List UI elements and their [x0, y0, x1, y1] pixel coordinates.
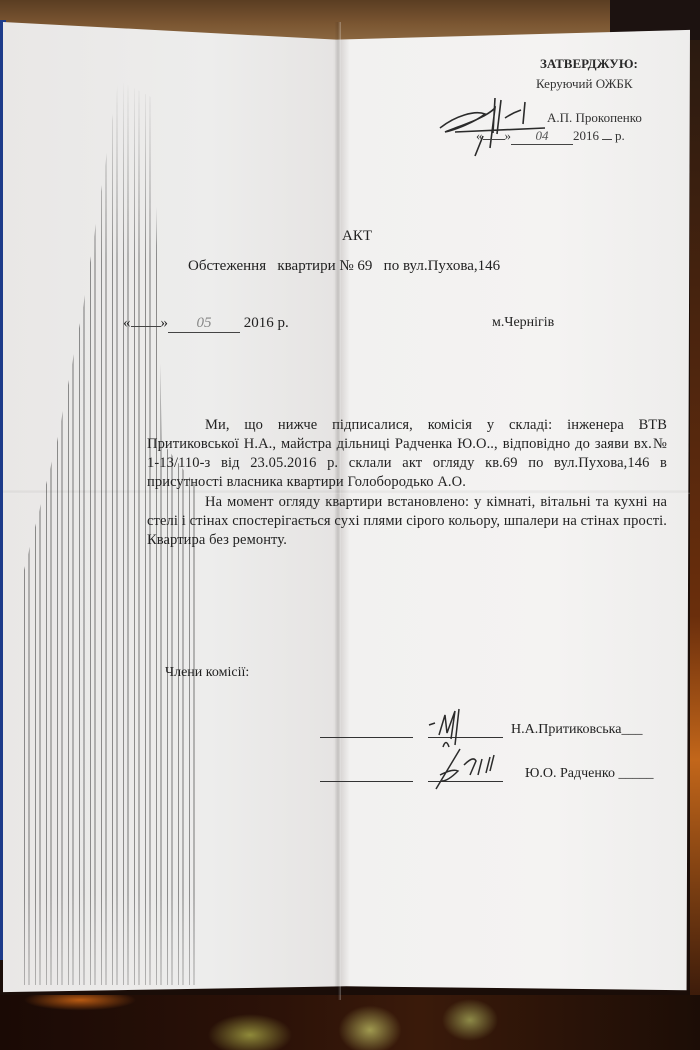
signatory-trail: ___ [621, 722, 642, 738]
body-paragraph-findings: На момент огляду квартири встановлено: у… [147, 493, 667, 550]
document-city: м.Чернігів [492, 315, 554, 331]
approval-role: Керуючий ОЖБК [536, 76, 633, 92]
signature-radchenko [430, 745, 510, 795]
body-paragraph-commission: Ми, що нижче підписалися, комісія у скла… [147, 416, 667, 492]
approval-date-suffix: р. [615, 128, 625, 143]
approval-date-year: 2016 [573, 128, 599, 143]
background-right-edge [690, 40, 700, 1000]
document-subtitle: Обстеження квартири № 69 по вул.Пухова,1… [188, 258, 500, 275]
document-title: АКТ [342, 228, 372, 245]
director-signature [435, 88, 550, 163]
signatory-name: Ю.О. Радченко [525, 766, 615, 782]
approval-date-month: 04 [511, 128, 573, 145]
signature-blank-line [320, 780, 413, 782]
signature-blank-line [320, 736, 413, 738]
date-day [131, 326, 161, 327]
approval-name: А.П. Прокопенко [547, 110, 642, 126]
signatory-trail: _____ [618, 766, 653, 782]
document-date: «»05 2016 р. [123, 315, 289, 333]
approval-date: «»042016р. [476, 128, 625, 145]
signatory-name: Н.А.Притиковська [511, 722, 621, 738]
approval-date-day [483, 139, 505, 140]
approval-title: ЗАТВЕРДЖУЮ: [540, 56, 638, 72]
members-label: Члени комісії: [165, 665, 249, 681]
date-close: » [161, 315, 169, 331]
background-carpet [0, 995, 700, 1050]
approval-date-open: « [476, 128, 483, 143]
date-open: « [123, 315, 131, 331]
date-year: 2016 р. [244, 315, 289, 331]
date-month: 05 [168, 315, 240, 333]
